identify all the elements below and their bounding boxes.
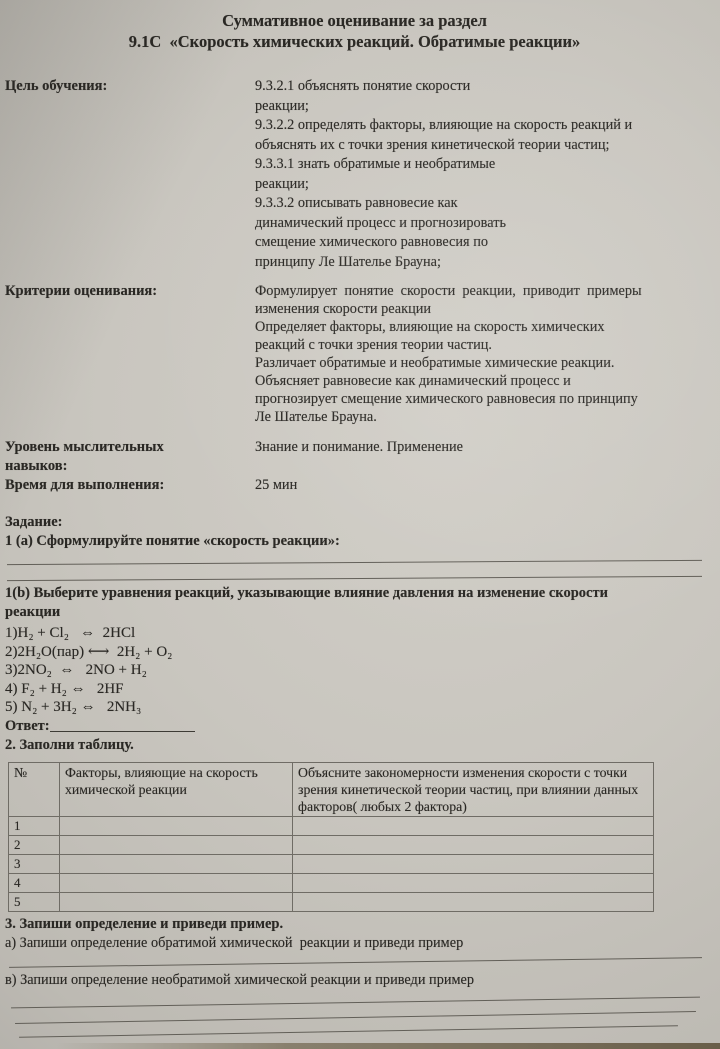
question-1a: 1 (а) Сформулируйте понятие «скорость ре… bbox=[5, 532, 704, 551]
criteria-line: Объясняет равновесие как динамический пр… bbox=[255, 372, 704, 390]
factors-table-header: № Факторы, влияющие на скорость химическ… bbox=[9, 762, 654, 816]
thinking-skills-value: Знание и понимание. Применение bbox=[255, 438, 704, 457]
thinking-skills-label: Уровень мыслительных навыков: bbox=[5, 438, 255, 476]
time-value: 25 мин bbox=[255, 476, 704, 495]
empty-factor-cell bbox=[60, 854, 293, 873]
time-row: Время для выполнения: 25 мин bbox=[5, 476, 704, 495]
criteria-line: Формулирует понятие скорости реакции, пр… bbox=[255, 282, 704, 300]
goal-line: 9.3.2.2 определять факторы, влияющие на … bbox=[255, 116, 704, 136]
criteria-row: Критерии оценивания: Формулирует понятие… bbox=[5, 282, 704, 426]
reaction-equation: 1)H₂ + Cl₂ ⇔ 2HCl bbox=[5, 624, 704, 643]
answer-line bbox=[15, 1011, 696, 1024]
empty-explanation-cell bbox=[293, 892, 654, 911]
table-row: 3 bbox=[9, 854, 654, 873]
empty-explanation-cell bbox=[293, 854, 654, 873]
title-line-2: 9.1С «Скорость химических реакций. Обрат… bbox=[5, 31, 704, 52]
learning-goal-value: 9.3.2.1 объяснять понятие скорости реакц… bbox=[255, 77, 704, 272]
criteria-line: Различает обратимые и необратимые химиче… bbox=[255, 354, 704, 372]
goal-line: смещение химического равновесия по bbox=[255, 233, 704, 253]
criteria-value: Формулирует понятие скорости реакции, пр… bbox=[255, 282, 704, 426]
document-title: Суммативное оценивание за раздел 9.1С «С… bbox=[5, 10, 704, 52]
header-cell-factors: Факторы, влияющие на скорость химической… bbox=[60, 762, 293, 816]
learning-goal-label: Цель обучения: bbox=[5, 77, 255, 96]
header-cell-explanation: Объясните закономерности изменения скоро… bbox=[293, 762, 654, 816]
goal-line: объяснять их с точки зрения кинетической… bbox=[255, 136, 704, 156]
criteria-label: Критерии оценивания: bbox=[5, 282, 255, 301]
row-number-cell: 1 bbox=[9, 816, 60, 835]
criteria-line: реакций с точки зрения теории частиц. bbox=[255, 336, 704, 354]
time-label: Время для выполнения: bbox=[5, 476, 255, 495]
answer-line bbox=[19, 1025, 678, 1038]
answer-field: Ответ: bbox=[5, 717, 704, 736]
goal-line: динамический процесс и прогнозировать bbox=[255, 214, 704, 234]
goal-line: 9.3.3.2 описывать равновесие как bbox=[255, 194, 704, 214]
goal-line: 9.3.2.1 объяснять понятие скорости bbox=[255, 77, 704, 97]
criteria-line: изменения скорости реакции bbox=[255, 300, 704, 318]
goal-line: реакции; bbox=[255, 97, 704, 117]
thinking-skills-label-line: навыков: bbox=[5, 457, 255, 476]
question-3b: в) Запиши определение необратимой химиче… bbox=[5, 971, 704, 990]
question-1b: 1(b) Выберите уравнения реакций, указыва… bbox=[5, 584, 704, 622]
question-1b-line: 1(b) Выберите уравнения реакций, указыва… bbox=[5, 584, 704, 603]
goal-line: принципу Ле Шателье Брауна; bbox=[255, 253, 704, 273]
answer-label: Ответ: bbox=[5, 718, 50, 734]
row-number-cell: 5 bbox=[9, 892, 60, 911]
empty-factor-cell bbox=[60, 835, 293, 854]
question-3a: а) Запиши определение обратимой химическ… bbox=[5, 934, 704, 953]
factors-table: № Факторы, влияющие на скорость химическ… bbox=[8, 762, 654, 912]
answer-line bbox=[7, 560, 702, 565]
table-row: 4 bbox=[9, 873, 654, 892]
row-number-cell: 2 bbox=[9, 835, 60, 854]
answer-line bbox=[7, 576, 702, 581]
reaction-equation: 5) N₂ + 3H₂ ⇔ 2NH₃ bbox=[5, 698, 704, 717]
learning-goal-row: Цель обучения: 9.3.2.1 объяснять понятие… bbox=[5, 77, 704, 272]
reaction-equation: 3)2NO₂ ⇔ 2NO + H₂ bbox=[5, 661, 704, 680]
table-row: 2 bbox=[9, 835, 654, 854]
empty-factor-cell bbox=[60, 873, 293, 892]
reaction-equation: 4) F₂ + H₂ ⇔ 2HF bbox=[5, 680, 704, 699]
title-line-1: Суммативное оценивание за раздел bbox=[5, 10, 704, 31]
criteria-line: Определяет факторы, влияющие на скорость… bbox=[255, 318, 704, 336]
criteria-line: прогнозирует смещение химического равнов… bbox=[255, 390, 704, 408]
empty-explanation-cell bbox=[293, 816, 654, 835]
row-number-cell: 4 bbox=[9, 873, 60, 892]
goal-line: реакции; bbox=[255, 175, 704, 195]
task-section-label: Задание: bbox=[5, 513, 704, 532]
header-cell-number: № bbox=[9, 762, 60, 816]
answer-line bbox=[11, 997, 700, 1009]
question-3: 3. Запиши определение и приведи пример. bbox=[5, 915, 704, 934]
answer-blank-line bbox=[50, 731, 195, 732]
empty-factor-cell bbox=[60, 816, 293, 835]
photo-bottom-edge bbox=[56, 1043, 720, 1049]
goal-line: 9.3.3.1 знать обратимые и необратимые bbox=[255, 155, 704, 175]
empty-explanation-cell bbox=[293, 835, 654, 854]
thinking-skills-label-line: Уровень мыслительных bbox=[5, 438, 255, 457]
thinking-skills-text: Знание и понимание. Применение bbox=[255, 438, 704, 457]
scanned-document-page: Суммативное оценивание за раздел 9.1С «С… bbox=[0, 0, 720, 1049]
empty-explanation-cell bbox=[293, 873, 654, 892]
thinking-skills-row: Уровень мыслительных навыков: Знание и п… bbox=[5, 438, 704, 476]
reaction-equations-list: 1)H₂ + Cl₂ ⇔ 2HCl 2)2H₂O(пар) ⟷ 2H₂ + O₂… bbox=[5, 624, 704, 717]
time-text: 25 мин bbox=[255, 476, 704, 495]
question-2: 2. Заполни таблицу. bbox=[5, 736, 704, 755]
row-number-cell: 3 bbox=[9, 854, 60, 873]
answer-line bbox=[9, 957, 702, 968]
table-row: 1 bbox=[9, 816, 654, 835]
factors-table-body: 1 2 3 4 5 bbox=[9, 816, 654, 911]
table-row: 5 bbox=[9, 892, 654, 911]
reaction-equation: 2)2H₂O(пар) ⟷ 2H₂ + O₂ bbox=[5, 643, 704, 662]
table-header-row: № Факторы, влияющие на скорость химическ… bbox=[9, 762, 654, 816]
criteria-line: Ле Шателье Брауна. bbox=[255, 408, 704, 426]
question-1b-line: реакции bbox=[5, 603, 704, 622]
empty-factor-cell bbox=[60, 892, 293, 911]
